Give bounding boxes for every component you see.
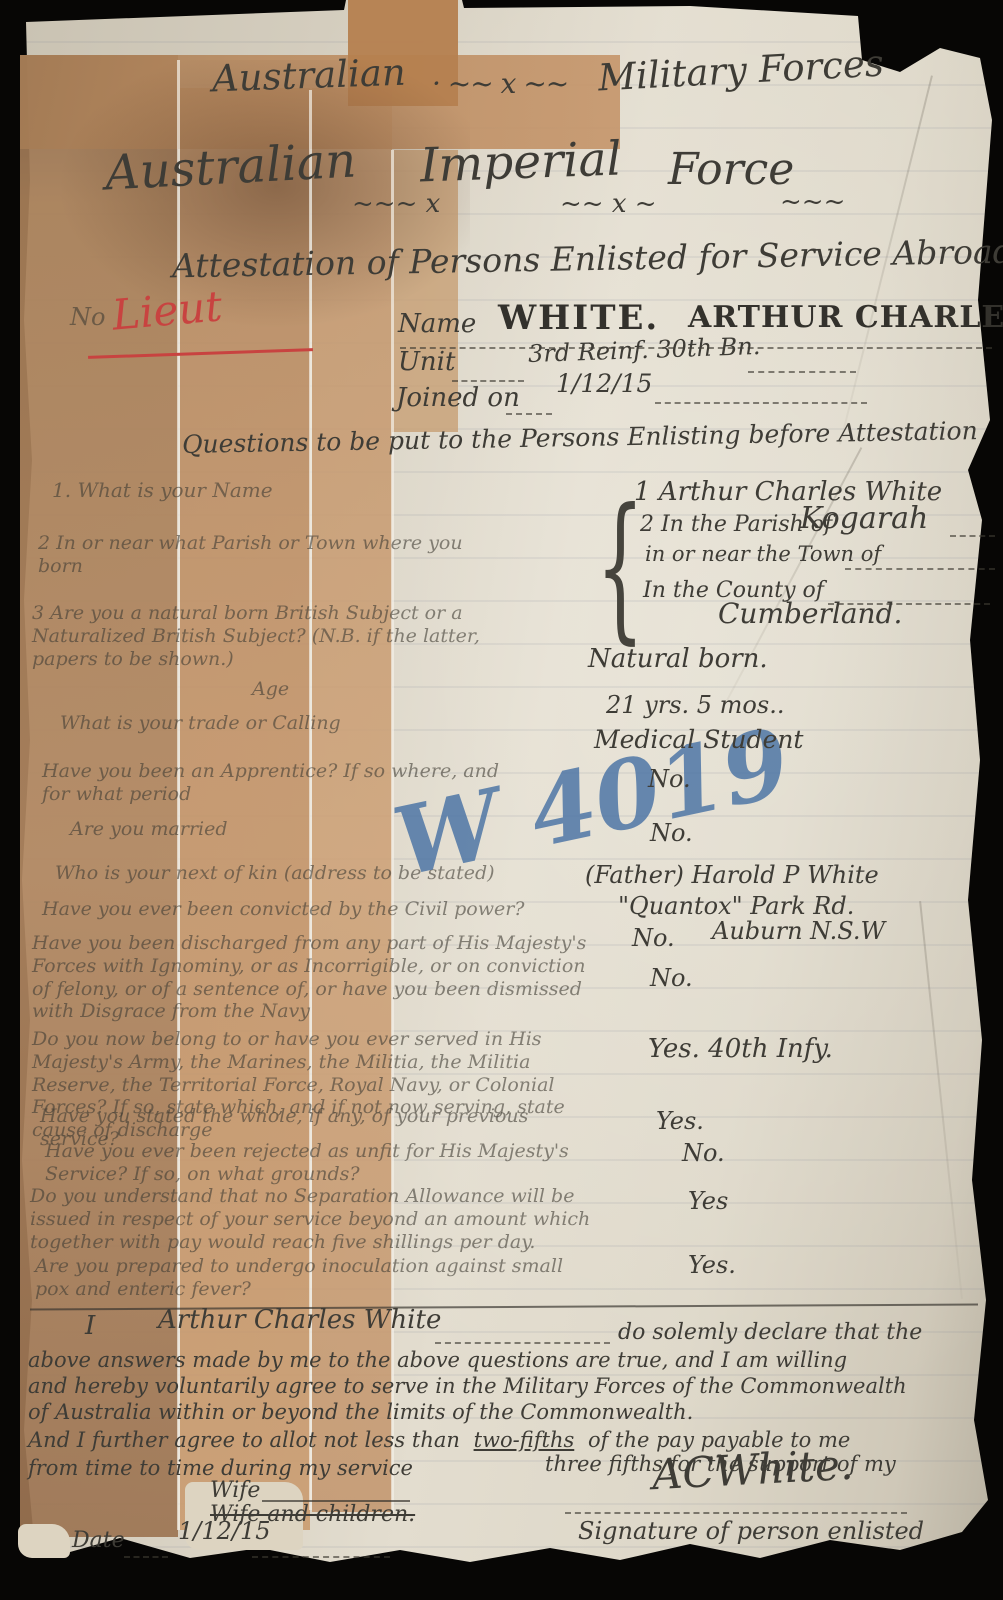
fill-line (124, 1556, 168, 1558)
name-given-value: ARTHUR CHARLES (688, 300, 1003, 335)
name-surname-value: WHITE. (498, 298, 659, 338)
date-value: 1/12/15 (178, 1518, 271, 1546)
answer-separation-allowance: Yes (688, 1188, 728, 1216)
answer-married: No. (650, 820, 693, 848)
answer-parish-value: Kogarah (800, 502, 928, 537)
header-underline-flourish: ~~~ (780, 188, 845, 218)
joined-label: Joined on (396, 384, 520, 414)
question-text: Have you ever been rejected as unfit for… (45, 1140, 590, 1186)
answer-rejected: No. (682, 1140, 725, 1168)
unit-label: Unit (398, 348, 455, 378)
declaration-line4: of Australia within or beyond the limits… (28, 1400, 693, 1424)
answer-county-value: Cumberland. (718, 598, 902, 630)
date-label: Date (72, 1528, 125, 1553)
question-text: Are you married (70, 818, 330, 841)
fill-line (435, 1342, 610, 1344)
birthplace-brace: { (596, 488, 644, 646)
declaration-line3: and hereby voluntarily agree to serve in… (28, 1374, 907, 1398)
header-flourish: · ~~ x ~~ (432, 68, 568, 100)
header-underline-flourish: ~~ x ~ (560, 190, 657, 220)
answer-natural-born: Natural born. (588, 645, 768, 675)
signature-caption: Signature of person enlisted (578, 1518, 924, 1546)
question-text: 3 Are you a natural born British Subject… (32, 602, 492, 670)
answer-age: 21 yrs. 5 mos.. (606, 692, 784, 720)
torn-paper-patch (18, 1524, 70, 1558)
rank-annotation: Lieut (110, 281, 224, 339)
question-text: Age (252, 678, 372, 701)
question-text: Have you been discharged from any part o… (32, 932, 592, 1023)
joined-fill-line (655, 402, 867, 404)
declaration-line2: above answers made by me to the above qu… (28, 1348, 847, 1372)
joined-value: 1/12/15 (556, 370, 652, 399)
declaration-clause1: do solemly declare that the (618, 1320, 922, 1345)
fill-line (252, 1556, 390, 1558)
question-text: Are you prepared to undergo inoculation … (35, 1255, 580, 1301)
header-word-force: Force (668, 145, 794, 196)
question-text: Do you understand that no Separation All… (30, 1185, 600, 1253)
allotment-fraction: two-fifths (474, 1428, 575, 1452)
answer-previous-service: Yes. 40th Infy. (648, 1035, 833, 1065)
signature-line (565, 1512, 907, 1514)
unit-fill-line (452, 380, 524, 382)
allotment-pre: And I further agree to allot not less th… (28, 1428, 460, 1452)
name-label: Name (398, 310, 476, 340)
fill-line (950, 535, 995, 537)
answer-whole-service: Yes. (656, 1108, 704, 1136)
answer-discharged: No. (650, 965, 693, 993)
joined-fill-line (506, 413, 552, 415)
unit-fill-line (748, 371, 856, 373)
declaration-declarant-name: Arthur Charles White (158, 1306, 441, 1336)
question-text: Have you ever been convicted by the Civi… (42, 898, 562, 921)
header-word-imperial: Imperial (419, 132, 622, 193)
wife-line: Wife (210, 1478, 260, 1503)
no-label: No (70, 303, 105, 332)
attestation-form-scan: Australian · ~~ x ~~ Military Forces Aus… (0, 0, 1003, 1600)
question-text: 1. What is your Name (52, 478, 372, 502)
answer-next-of-kin-line1: (Father) Harold P White (585, 862, 879, 890)
header-word-australian-top: Australian (211, 52, 406, 101)
answer-trade: Medical Student (594, 726, 803, 755)
answer-next-of-kin-line3: Auburn N.S.W (712, 918, 885, 946)
answer-convicted: No. (632, 925, 675, 953)
header-underline-flourish: ~~~ x (352, 190, 440, 220)
declaration-line6a: from time to time during my service (28, 1456, 413, 1480)
declaration-i: I (85, 1312, 95, 1342)
answer-inoculation: Yes. (688, 1252, 736, 1280)
question-text: What is your trade or Calling (60, 712, 480, 735)
fill-line (845, 568, 995, 570)
answer-town-label: in or near the Town of (645, 542, 881, 566)
answer-apprentice: No. (648, 766, 691, 794)
question-text: 2 In or near what Parish or Town where y… (38, 532, 508, 578)
